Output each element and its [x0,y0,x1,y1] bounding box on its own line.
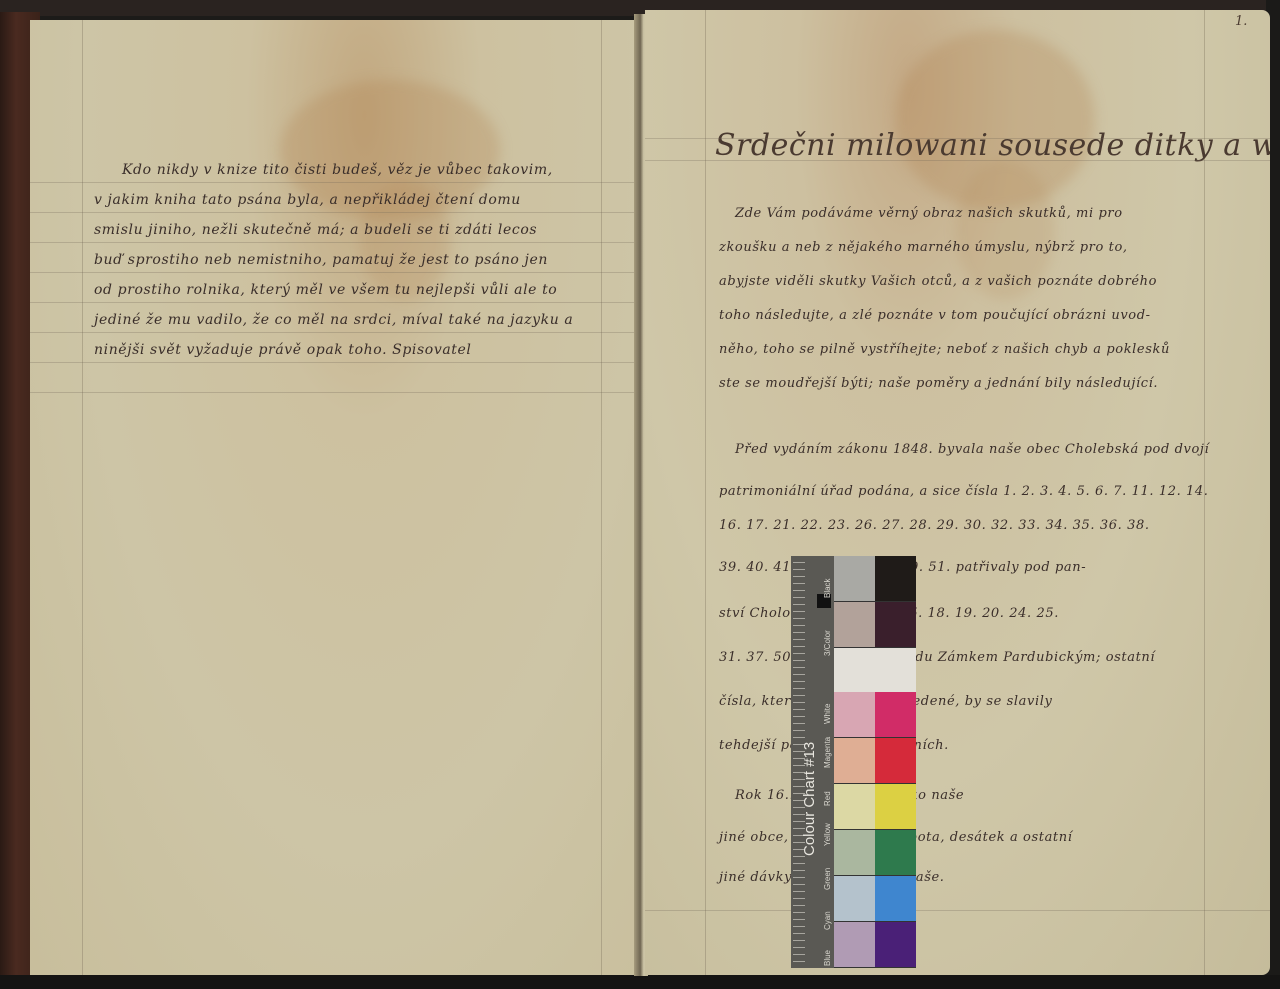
patch-red-dark [875,738,916,784]
patch-green-dark [875,830,916,876]
patch-red-light [834,738,875,784]
manuscript-line: smislu jiniho, nežli skutečně má; a bude… [94,222,537,238]
manuscript-line: Kdo nikdy v knize tito čisti budeš, věz … [122,162,553,178]
manuscript-line: abyjste viděli skutky Vašich otců, a z v… [719,274,1157,289]
manuscript-line: buď sprostiho neb nemistniho, pamatuj že… [94,252,548,268]
manuscript-line: 16. 17. 21. 22. 23. 26. 27. 28. 29. 30. … [719,518,1150,533]
light-patch-column [834,556,875,968]
label-green: Green [823,868,832,890]
patch-blue-dark [875,922,916,968]
patch-cyan-light [834,876,875,922]
left-page: Kdo nikdy v knize tito čisti budeš, věz … [30,20,638,975]
patch-yellow-light [834,784,875,830]
book-cover-bottom-edge [0,975,1280,989]
manuscript-line-signature: ninějši svět vyžaduje právě opak toho. S… [94,342,471,358]
label-cyan: Cyan [823,911,832,930]
patch-3color-light [834,602,875,648]
label-3color: 3/Color [823,630,832,656]
colour-calibration-chart: Colour Chart #13 Black 3/Color White Mag… [791,556,916,968]
ruled-line [30,302,638,303]
manuscript-line: něho, toho se pilně vystříhejte; neboť z… [719,342,1170,357]
manuscript-line: v jakim kniha tato psána byla, a nepřikl… [94,192,521,208]
patch-blue-light [834,922,875,968]
patch-cyan-dark [875,876,916,922]
label-red: Red [823,791,832,806]
patch-magenta-light [834,692,875,738]
patch-white [834,648,916,692]
manuscript-line: patrimoniální úřad podána, a sice čísla … [719,484,1209,499]
label-yellow: Yellow [823,823,832,846]
right-page: 1. Srdečni milowani sousede ditky a wnuk… [645,10,1270,975]
manuscript-line: 31. 37. 50. ... vrchnosti úřadu Zámkem P… [719,650,1155,665]
label-white: White [823,704,832,724]
ruled-line [30,362,638,363]
manuscript-line: jediné že mu vadilo, že co měl na srdci,… [94,312,573,328]
ruled-line [645,910,1270,911]
ruled-line [30,182,638,183]
label-magenta: Magenta [823,737,832,768]
manuscript-line: ste se moudřejší býti; naše poměry a jed… [719,376,1158,391]
manuscript-line: od prostiho rolnika, který měl ve všem t… [94,282,557,298]
manuscript-line: zkoušku a neb z nějakého marného úmyslu,… [719,240,1128,255]
ruled-line [645,138,1270,139]
patch-black-dark [875,556,916,602]
ruled-line [30,272,638,273]
patch-yellow-dark [875,784,916,830]
manuscript-line: Zde Vám podáváme věrný obraz našich skut… [735,206,1123,221]
patch-green-light [834,830,875,876]
label-blue: Blue [823,950,832,966]
centimetre-ruler: Colour Chart #13 Black 3/Color White Mag… [791,556,834,968]
ruled-line [645,160,1270,161]
folio-number: 1. [1235,14,1247,29]
ruled-line [30,242,638,243]
ruled-line [30,392,638,393]
manuscript-line: toho následujte, a zlé poznáte v tom pou… [719,308,1151,323]
patch-black-light [834,556,875,602]
manuscript-line: Před vydáním zákonu 1848. byvala naše ob… [735,442,1209,457]
dark-patch-column [875,556,916,968]
patch-magenta-dark [875,692,916,738]
page-heading: Srdečni milowani sousede ditky a wnukowe… [715,128,1270,163]
ruled-line [30,212,638,213]
patch-3color-dark [875,602,916,648]
ruled-line [30,332,638,333]
chart-title: Colour Chart #13 [801,742,818,856]
label-black: Black [823,578,832,598]
